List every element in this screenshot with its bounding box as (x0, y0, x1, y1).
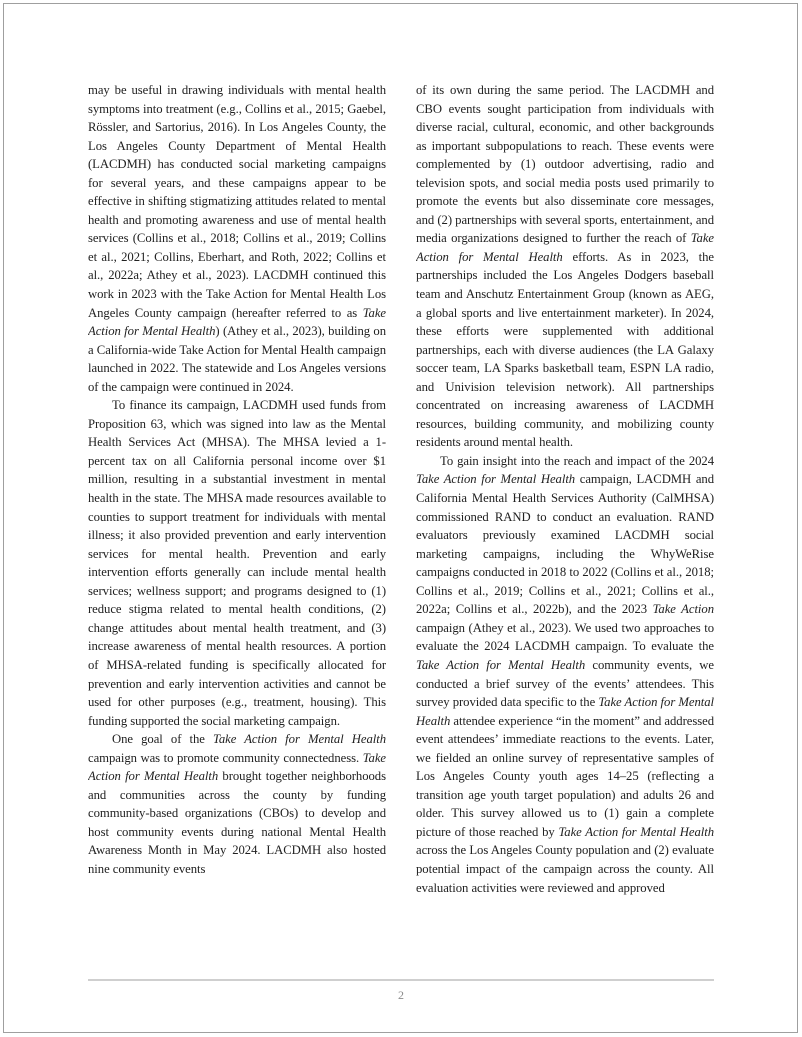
paragraph: One goal of the Take Action for Mental H… (88, 730, 386, 878)
paragraph: of its own during the same period. The L… (416, 81, 714, 452)
paragraph: To gain insight into the reach and impac… (416, 452, 714, 897)
text-column-left: may be useful in drawing individuals wit… (88, 81, 386, 955)
page-number: 2 (88, 988, 714, 1003)
paragraph: may be useful in drawing individuals wit… (88, 81, 386, 396)
body-text: may be useful in drawing individuals wit… (88, 81, 714, 955)
paragraph: To finance its campaign, LACDMH used fun… (88, 396, 386, 730)
footer-rule (88, 979, 714, 981)
text-column-right: of its own during the same period. The L… (416, 81, 714, 955)
document-page: may be useful in drawing individuals wit… (3, 3, 798, 1033)
